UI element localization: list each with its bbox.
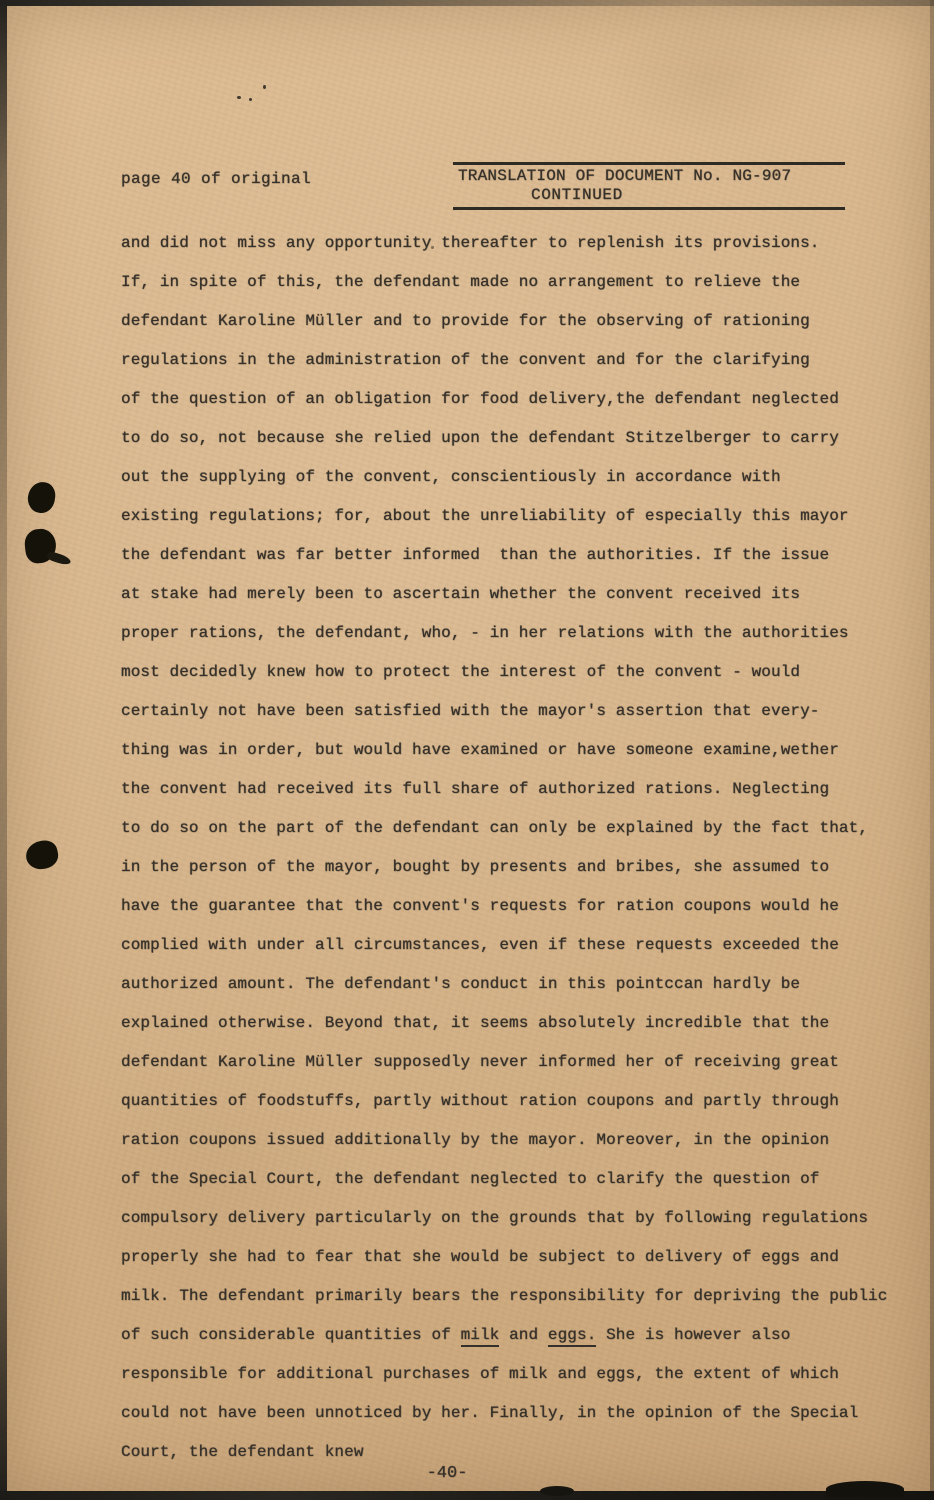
scan-edge-bottom xyxy=(0,1491,934,1500)
text-line: defendant Karoline Müller supposedly nev… xyxy=(121,1043,911,1082)
document-title: TRANSLATION OF DOCUMENT No. NG-907 xyxy=(453,167,845,185)
text-line: properly she had to fear that she would … xyxy=(121,1238,911,1277)
text-line: of the Special Court, the defendant negl… xyxy=(121,1160,911,1199)
text-line: milk. The defendant primarily bears the … xyxy=(121,1277,911,1316)
text-line: ration coupons issued additionally by th… xyxy=(121,1121,911,1160)
text-line: compulsory delivery particularly on the … xyxy=(121,1199,911,1238)
page-number-label: page 40 of original xyxy=(121,170,311,188)
text-line: complied with under all circumstances, e… xyxy=(121,926,911,965)
text-line: have the guarantee that the convent's re… xyxy=(121,887,911,926)
page-footer-number: -40- xyxy=(0,1464,894,1483)
text-line: defendant Karoline Müller and to provide… xyxy=(121,302,911,341)
text-line: If, in spite of this, the defendant made… xyxy=(121,263,911,302)
ink-speck xyxy=(249,98,252,101)
document-title-continued: CONTINUED xyxy=(531,186,845,204)
text-segment: She is however also xyxy=(596,1326,790,1344)
text-line: explained otherwise. Beyond that, it see… xyxy=(121,1004,911,1043)
text-line: proper rations, the defendant, who, - in… xyxy=(121,614,911,653)
text-line: in the person of the mayor, bought by pr… xyxy=(121,848,911,887)
text-line: most decidedly knew how to protect the i… xyxy=(121,653,911,692)
text-line: out the supplying of the convent, consci… xyxy=(121,458,911,497)
scan-edge-blot xyxy=(540,1486,574,1496)
text-line: quantities of foodstuffs, partly without… xyxy=(121,1082,911,1121)
text-line: at stake had merely been to ascertain wh… xyxy=(121,575,911,614)
text-line: responsible for additional purchases of … xyxy=(121,1355,911,1394)
text-segment: and xyxy=(499,1326,548,1344)
underlined-word-eggs: eggs. xyxy=(548,1326,597,1347)
text-line: regulations in the administration of the… xyxy=(121,341,911,380)
text-line: and did not miss any opportunity thereaf… xyxy=(121,224,911,263)
scan-edge-blot xyxy=(826,1481,904,1497)
text-line: could not have been unnoticed by her. Fi… xyxy=(121,1394,911,1433)
document-title-block: TRANSLATION OF DOCUMENT No. NG-907 CONTI… xyxy=(453,162,845,210)
text-line: the convent had received its full share … xyxy=(121,770,911,809)
ink-speck xyxy=(237,96,241,99)
text-line: certainly not have been satisfied with t… xyxy=(121,692,911,731)
text-line-underlined-words: of such considerable quantities of milk … xyxy=(121,1316,911,1355)
text-line: the defendant was far better informed th… xyxy=(121,536,911,575)
document-body: and did not miss any opportunity thereaf… xyxy=(121,224,911,1472)
scan-edge-left xyxy=(0,0,7,1500)
scan-edge-right xyxy=(930,0,934,1500)
text-line: authorized amount. The defendant's condu… xyxy=(121,965,911,1004)
text-line: thing was in order, but would have exami… xyxy=(121,731,911,770)
underlined-word-milk: milk xyxy=(461,1326,500,1347)
text-line: of the question of an obligation for foo… xyxy=(121,380,911,419)
text-line: existing regulations; for, about the unr… xyxy=(121,497,911,536)
scan-edge-top xyxy=(0,0,934,6)
text-line: to do so on the part of the defendant ca… xyxy=(121,809,911,848)
ink-speck xyxy=(263,85,266,89)
text-segment: of such considerable quantities of xyxy=(121,1326,461,1344)
text-line: to do so, not because she relied upon th… xyxy=(121,419,911,458)
